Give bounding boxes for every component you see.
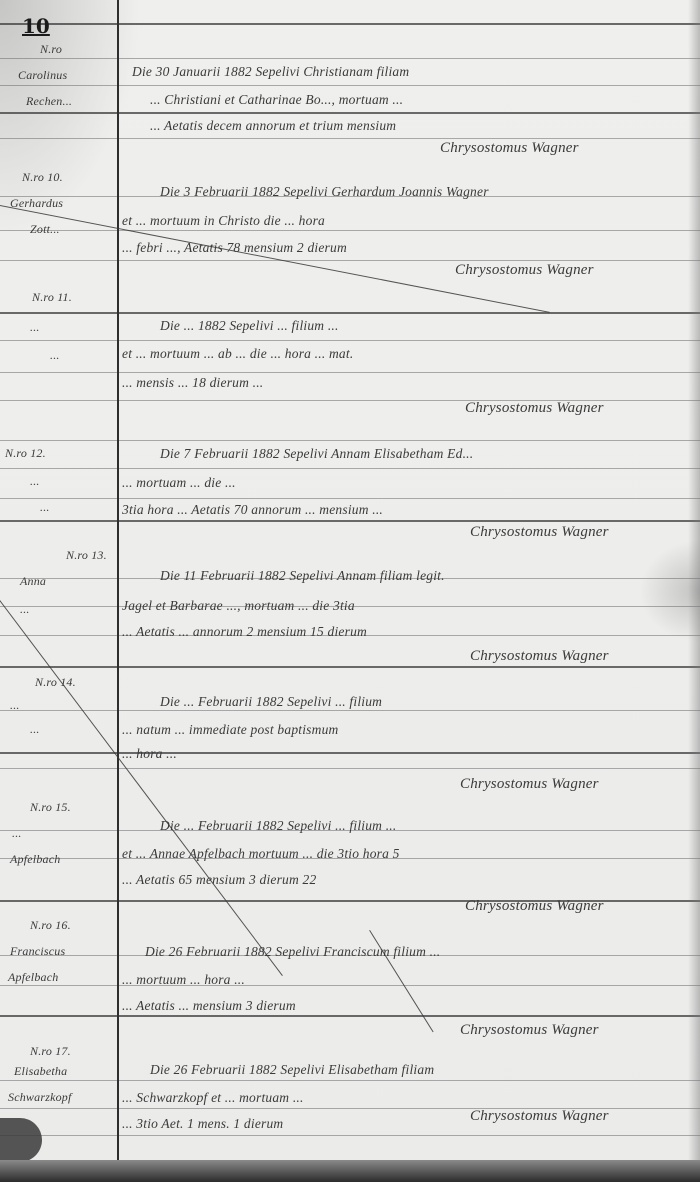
entry-text-line: ... mensis ... 18 dierum ... xyxy=(122,375,263,391)
entry-text-line: et ... Annae Apfelbach mortuum ... die 3… xyxy=(122,846,400,862)
deceased-surname: ... xyxy=(40,500,50,515)
ruled-line xyxy=(0,985,700,986)
entry-text-line: ... hora ... xyxy=(122,746,177,762)
entry-text-line: ... Aetatis 65 mensium 3 dierum 22 xyxy=(122,872,316,888)
entry-text-line: Die ... Februarii 1882 Sepelivi ... fili… xyxy=(160,694,382,710)
entry-number: N.ro 13. xyxy=(66,548,107,563)
page-number: 10 xyxy=(22,14,50,38)
ruled-line xyxy=(0,23,700,25)
deceased-surname: ... xyxy=(20,602,30,617)
entry-number: N.ro 17. xyxy=(30,1044,71,1059)
deceased-name: Carolinus xyxy=(18,68,67,83)
ruled-line xyxy=(0,260,700,261)
deceased-surname: Apfelbach xyxy=(8,970,58,985)
entry-text-line: et ... mortuum ... ab ... die ... hora .… xyxy=(122,346,353,362)
ruled-line xyxy=(0,520,700,522)
page-edge-shadow xyxy=(688,0,700,1182)
entry-text-line: ... 3tio Aet. 1 mens. 1 dierum xyxy=(122,1116,283,1132)
entry-text-line: ... Aetatis ... annorum 2 mensium 15 die… xyxy=(122,624,367,640)
priest-signature: Chrysostomus Wagner xyxy=(470,1108,609,1125)
entry-number: N.ro 15. xyxy=(30,800,71,815)
entry-number: N.ro 16. xyxy=(30,918,71,933)
entry-number: N.ro 14. xyxy=(35,675,76,690)
entry-text-line: Die 30 Januarii 1882 Sepelivi Christiana… xyxy=(132,64,409,80)
priest-signature: Chrysostomus Wagner xyxy=(470,524,609,541)
deceased-surname: Zott... xyxy=(30,222,60,237)
ruled-line xyxy=(0,1135,700,1136)
deceased-name: Franciscus xyxy=(10,944,65,959)
ruled-line xyxy=(0,498,700,499)
ruled-line xyxy=(0,58,700,59)
priest-signature: Chrysostomus Wagner xyxy=(470,648,609,665)
ruled-line xyxy=(0,710,700,711)
entry-text-line: ... Schwarzkopf et ... mortuam ... xyxy=(122,1090,304,1106)
entry-number: N.ro 11. xyxy=(32,290,72,305)
ruled-line xyxy=(0,752,700,754)
register-page: 10 N.ro Carolinus Rechen... Die 30 Janua… xyxy=(0,0,700,1182)
ruled-line xyxy=(0,85,700,86)
priest-signature: Chrysostomus Wagner xyxy=(440,140,579,157)
deceased-surname: Rechen... xyxy=(26,94,72,109)
deceased-name: Anna xyxy=(20,574,46,589)
entry-text-line: ... Christiani et Catharinae Bo..., mort… xyxy=(150,92,403,108)
priest-signature: Chrysostomus Wagner xyxy=(465,400,604,417)
deceased-surname: Schwarzkopf xyxy=(8,1090,72,1105)
ruled-line xyxy=(0,340,700,341)
entry-number: N.ro 12. xyxy=(5,446,46,461)
entry-text-line: ... febri ..., Aetatis 78 mensium 2 dier… xyxy=(122,240,347,256)
entry-text-line: Jagel et Barbarae ..., mortuam ... die 3… xyxy=(122,598,355,614)
entry-text-line: 3tia hora ... Aetatis 70 annorum ... men… xyxy=(122,502,383,518)
ruled-line xyxy=(0,372,700,373)
ruled-line xyxy=(0,468,700,469)
column-divider xyxy=(117,0,119,1168)
entry-text-line: ... Aetatis decem annorum et trium mensi… xyxy=(150,118,396,134)
entry-text-line: ... mortuum ... hora ... xyxy=(122,972,245,988)
page-bottom-shadow xyxy=(0,1160,700,1182)
entry-text-line: Die 3 Februarii 1882 Sepelivi Gerhardum … xyxy=(160,184,489,200)
priest-signature: Chrysostomus Wagner xyxy=(465,898,604,915)
entry-text-line: Die 26 Februarii 1882 Sepelivi Elisabeth… xyxy=(150,1062,434,1078)
deceased-name: ... xyxy=(10,698,20,713)
entry-text-line: Die ... Februarii 1882 Sepelivi ... fili… xyxy=(160,818,396,834)
ruled-line xyxy=(0,112,700,114)
entry-number: N.ro 10. xyxy=(22,170,63,185)
deceased-surname: Apfelbach xyxy=(10,852,60,867)
ruled-line xyxy=(0,1080,700,1081)
deceased-surname: ... xyxy=(30,722,40,737)
priest-signature: Chrysostomus Wagner xyxy=(460,776,599,793)
ruled-line xyxy=(0,768,700,769)
entry-text-line: ... natum ... immediate post baptismum xyxy=(122,722,338,738)
deceased-name: ... xyxy=(30,474,40,489)
deceased-name: Gerhardus xyxy=(10,196,63,211)
entry-text-line: Die 26 Februarii 1882 Sepelivi Franciscu… xyxy=(145,944,440,960)
priest-signature: Chrysostomus Wagner xyxy=(460,1022,599,1039)
deceased-name: ... xyxy=(30,320,40,335)
ruled-line xyxy=(0,666,700,668)
entry-text-line: Die 7 Februarii 1882 Sepelivi Annam Elis… xyxy=(160,446,473,462)
entry-text-line: Die ... 1882 Sepelivi ... filium ... xyxy=(160,318,339,334)
deceased-name: Elisabetha xyxy=(14,1064,67,1079)
deceased-name: ... xyxy=(12,826,22,841)
deceased-surname: ... xyxy=(50,348,60,363)
entry-text-line: Die 11 Februarii 1882 Sepelivi Annam fil… xyxy=(160,568,445,584)
entry-text-line: ... Aetatis ... mensium 3 dierum xyxy=(122,998,296,1014)
ruled-line xyxy=(0,138,700,139)
ruled-line xyxy=(0,230,700,231)
entry-text-line: et ... mortuum in Christo die ... hora xyxy=(122,213,325,229)
ruled-line xyxy=(0,312,700,314)
ruled-line xyxy=(0,1015,700,1017)
entry-number: N.ro xyxy=(40,42,62,57)
priest-signature: Chrysostomus Wagner xyxy=(455,262,594,279)
ruled-line xyxy=(0,440,700,441)
entry-text-line: ... mortuam ... die ... xyxy=(122,475,236,491)
ink-blot xyxy=(0,1118,42,1162)
